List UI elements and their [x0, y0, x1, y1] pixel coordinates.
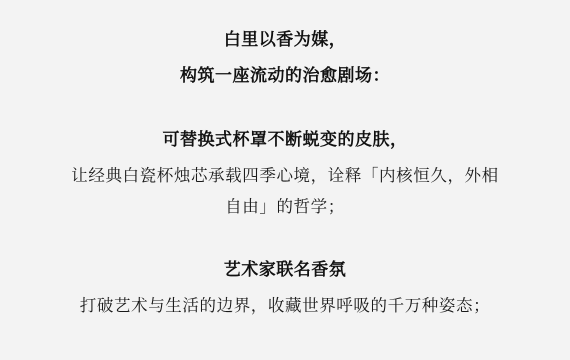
intro-line-2: 构筑一座流动的治愈剧场： [0, 64, 570, 88]
document-page: 白里以香为媒， 构筑一座流动的治愈剧场： 可替换式杯罩不断蜕变的皮肤， 让经典白… [0, 0, 570, 360]
intro-line-1: 白里以香为媒， [0, 28, 570, 52]
section-body-line: 自由」的哲学； [0, 195, 570, 219]
section-heading-cup-cover: 可替换式杯罩不断蜕变的皮肤， [0, 128, 570, 152]
section-heading-artist-collab: 艺术家联名香氛 [0, 258, 570, 282]
section-body-line: 打破艺术与生活的边界，收藏世界呼吸的千万种姿态； [0, 294, 570, 318]
section-body-line: 让经典白瓷杯烛芯承载四季心境，诠释「内核恒久，外相 [0, 164, 570, 188]
